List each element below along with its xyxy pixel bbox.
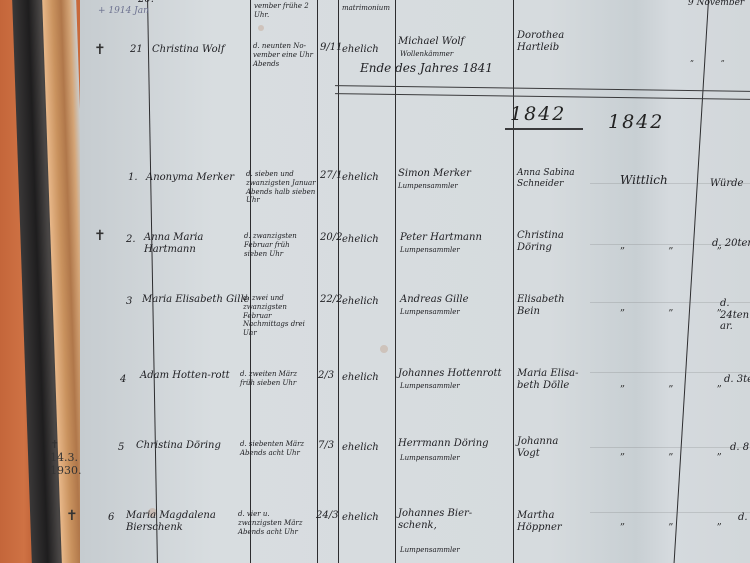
- entry-status: ehelich: [342, 512, 379, 524]
- entry-father-occupation: Lumpensammler: [400, 382, 460, 391]
- entry-mother: Martha Höppner: [517, 510, 583, 533]
- entry-mother: Dorothea Hartleib: [517, 30, 587, 53]
- entry-father: Michael Wolf: [398, 36, 464, 48]
- stain: [380, 345, 388, 353]
- entry-name: Christina Döring: [136, 440, 221, 452]
- entry-mother: Christina Döring: [517, 230, 583, 253]
- partial-right: 9 November: [688, 0, 744, 9]
- entry-date: 2/3: [318, 370, 334, 382]
- ruled-line: [590, 372, 750, 373]
- entry-number: 1.: [128, 172, 138, 184]
- year-heading-right: 1842: [608, 112, 664, 134]
- entry-status: ehelich: [342, 372, 379, 384]
- entry-time-text: d. vier u. zwanzigsten März Abends acht …: [238, 510, 310, 536]
- entry-father: Herrmann Döring: [398, 438, 489, 450]
- entry-col9: Würde: [710, 178, 743, 190]
- entry-time-text: d. siebenten März Abends acht Uhr: [240, 440, 310, 458]
- entry-father: Peter Hartmann: [400, 232, 482, 244]
- entry-date: 22/2: [320, 294, 342, 306]
- entry-father-occupation: Wollenkämmer: [400, 50, 453, 59]
- entry-number: 21: [130, 44, 143, 56]
- stain: [258, 25, 264, 31]
- entry-name: Anonyma Merker: [146, 172, 234, 184]
- closing-note: Ende des Jahres 1841: [360, 62, 493, 76]
- column-rule: [317, 0, 318, 563]
- entry-number: 5: [118, 442, 124, 454]
- entry-name: Maria Elisabeth Gille: [142, 294, 252, 306]
- entry-status: ehelich: [342, 234, 379, 246]
- entry-number: 3: [126, 296, 132, 308]
- year-underline: [505, 128, 583, 130]
- margin-note: + 1914 Jan: [98, 6, 149, 17]
- year-end-rule: [335, 85, 750, 92]
- column-rule: [395, 0, 396, 563]
- entry-name: Adam Hotten-rott: [140, 370, 230, 382]
- entry-time-text: d. zweiten März früh sieben Uhr: [240, 370, 310, 388]
- entry-time-text: d. neunten No- vember eine Uhr Abends: [253, 42, 317, 68]
- entry-father-occupation: Lumpensammler: [400, 546, 460, 555]
- entry-mother: Anna Sabina Schneider: [517, 168, 583, 191]
- entry-father-occupation: Lumpensammler: [400, 246, 460, 255]
- death-cross-icon: ✝ 14.3. 1930.: [50, 438, 90, 478]
- entry-father: Johannes Hottenrott: [398, 368, 502, 380]
- entry-col8: „ „ „ „: [620, 516, 750, 527]
- entry-col8: Wittlich: [620, 174, 668, 188]
- entry-number: 4: [120, 374, 126, 386]
- entry-father-occupation: Lumpensammler: [398, 182, 458, 191]
- entry-status: ehelich: [342, 44, 379, 56]
- year-heading-left: 1842: [510, 104, 566, 126]
- entry-father: Andreas Gille: [400, 294, 469, 306]
- entry-status: ehelich: [342, 442, 379, 454]
- entry-col9: d. 24ten ar.: [720, 298, 750, 333]
- entry-col9: d. 20ten: [712, 238, 750, 250]
- entry-status: ehelich: [342, 296, 379, 308]
- register-page: + 1914 Jan 20. vember frühe 2 Uhr. matri…: [80, 0, 750, 563]
- partial-date-text: vember frühe 2 Uhr.: [254, 2, 316, 20]
- death-cross-icon: ✝: [94, 228, 106, 244]
- entry-date: 24/3: [316, 510, 338, 522]
- entry-number: 2.: [126, 234, 136, 246]
- entry-time-text: d. zwei und zwanzigsten Februar Nachmitt…: [243, 294, 313, 338]
- partial-column-header: matrimonium: [342, 4, 390, 13]
- death-cross-icon: ✝: [94, 42, 106, 58]
- entry-date: 7/3: [318, 440, 334, 452]
- entry-number: 6: [108, 512, 114, 524]
- entry-mother: Johanna Vogt: [517, 436, 583, 459]
- entry-col9: d. 2: [738, 512, 750, 524]
- entry-name: Anna Maria Hartmann: [144, 232, 234, 255]
- column-rule: [147, 0, 158, 563]
- entry-col8: „ „ „: [690, 54, 750, 63]
- entry-col9: d. 3ten: [724, 374, 750, 386]
- entry-status: ehelich: [342, 172, 379, 184]
- year-end-rule: [335, 93, 750, 100]
- ruled-line: [590, 512, 750, 513]
- entry-date: 9/11: [320, 42, 342, 54]
- entry-father-occupation: Lumpensammler: [400, 308, 460, 317]
- death-cross-icon: ✝: [66, 508, 78, 524]
- entry-time-text: d. zwanzigsten Februar früh sieben Uhr: [244, 232, 314, 258]
- entry-date: 27/1: [320, 170, 342, 182]
- entry-time-text: d. sieben und zwanzigsten Januar Abends …: [246, 170, 316, 205]
- entry-date: 20/2: [320, 232, 342, 244]
- entry-name: Maria Magdalena Bierschenk: [126, 510, 236, 533]
- partial-row-number: 20.: [138, 0, 154, 6]
- entry-mother: Elisabeth Bein: [517, 294, 583, 317]
- entry-name: Christina Wolf: [152, 44, 225, 56]
- column-rule: [674, 0, 709, 563]
- entry-mother: Maria Elisa-beth Dölle: [517, 368, 583, 391]
- column-rule: [250, 0, 251, 563]
- column-rule: [513, 0, 514, 563]
- entry-father: Simon Merker: [398, 168, 471, 180]
- entry-col9: d. 8: [730, 442, 749, 454]
- entry-father: Johannes Bier-schenk,: [398, 508, 508, 531]
- entry-father-occupation: Lumpensammler: [400, 454, 460, 463]
